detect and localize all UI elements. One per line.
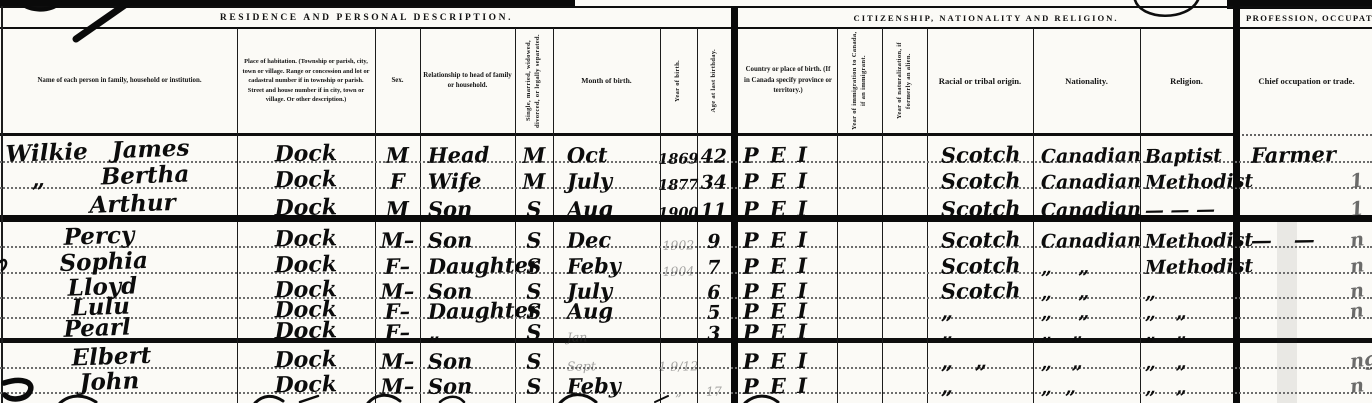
cell-nationality: Canadian — [1033, 192, 1148, 220]
cell-religion: „ „ — [1140, 322, 1238, 343]
header-naturalization-label: Year of naturalization, if formerly an a… — [896, 30, 914, 132]
cell-place: Dock — [237, 372, 375, 397]
cell-country: P E I — [739, 322, 841, 343]
census-row: ArthurDockMSonSAug190011P E IScotchCanad… — [0, 189, 1372, 215]
header-month-of-birth: Month of birth. — [553, 30, 660, 132]
header-place-label: Place of habitation. (Township or parish… — [240, 57, 372, 105]
census-form-scan: RESIDENCE AND PERSONAL DESCRIPTION. CITI… — [0, 0, 1372, 403]
cell-origin: „ — [927, 322, 1047, 343]
census-row: Wilkie JamesDockMHeadMOct186942P E IScot… — [0, 137, 1372, 163]
header-naturalization-year: Year of naturalization, if formerly an a… — [882, 30, 927, 132]
cell-sex: M — [375, 193, 420, 220]
header-name: Name of each person in family, household… — [2, 30, 237, 132]
census-row: „ BerthaDockFWifeMJuly187734P E IScotchC… — [0, 163, 1372, 189]
header-relationship: Relationship to head of family or househ… — [420, 30, 515, 132]
cell-nationality: „ „ — [1033, 322, 1148, 343]
header-bottom-border-dotted — [1233, 134, 1372, 136]
header-occupation: Chief occupation or trade. — [1241, 30, 1372, 132]
header-sex-label: Sex. — [391, 76, 403, 86]
cell-year: „ — [660, 373, 697, 397]
cell-marital: S — [515, 323, 553, 343]
header-sex: Sex. — [375, 30, 420, 132]
header-marital-status: Single, married, widowed, divorced, or l… — [515, 30, 553, 132]
cell-nationality: „ „ — [1033, 372, 1148, 397]
cell-sex: F– — [375, 323, 420, 343]
cell-relationship: Son — [420, 372, 523, 397]
header-immigration-label: Year of immigration to Canada, if an imm… — [851, 30, 869, 132]
cell-place: Dock — [237, 192, 375, 220]
header-age-label: Age at last birthday. — [710, 49, 719, 112]
cell-marital: S — [515, 193, 553, 220]
cell-origin: „ — [927, 372, 1047, 397]
census-row: LloydDockM–SonSJuly6P E IScotch„ „„n — [0, 274, 1372, 299]
header-country-of-birth: Country or place of birth. (If in Canada… — [739, 30, 837, 132]
section-band-border — [0, 27, 1372, 29]
census-row: PercyDockM–SonSDec19029P E IScotchCanadi… — [0, 222, 1372, 248]
clipped-edge-mark: n — [1349, 371, 1372, 398]
header-religion-label: Religion. — [1170, 75, 1203, 88]
header-racial-origin: Racial or tribal origin. — [927, 30, 1033, 132]
table-top-border — [0, 6, 1372, 8]
header-place: Place of habitation. (Township or parish… — [237, 30, 375, 132]
header-relationship-label: Relationship to head of family or househ… — [423, 71, 512, 92]
cell-origin: Scotch — [927, 192, 1047, 220]
header-nationality-label: Nationality. — [1065, 75, 1108, 88]
cell-year: 1900 — [660, 193, 697, 220]
cell-age: 3 — [697, 323, 731, 343]
header-month-label: Month of birth. — [581, 75, 631, 86]
census-row: PearlDockF–„SJan3P E I„„ „„ „ — [0, 319, 1372, 338]
section-title-profession: PROFESSION, OCCUPAT — [1246, 9, 1372, 27]
section-title-residence: RESIDENCE AND PERSONAL DESCRIPTION. — [2, 9, 731, 27]
cell-country: P E I — [739, 192, 841, 220]
cell-month: Jan — [553, 322, 674, 343]
cell-age: 11 — [697, 193, 731, 220]
header-year-label: Year of birth. — [674, 60, 683, 102]
cell-marital: S — [515, 373, 553, 397]
header-name-label: Name of each person in family, household… — [37, 76, 201, 86]
cell-month: Feby — [553, 372, 674, 397]
header-nationality: Nationality. — [1033, 30, 1140, 132]
clipped-edge-mark: 1 — [1348, 191, 1372, 221]
header-year-of-birth: Year of birth. — [660, 30, 697, 132]
census-row: SophiaDockF–DaughterSFeby19047P E IScotc… — [0, 248, 1372, 274]
census-row: ElbertDockM–SonSSept1 9/12P E I„ „„ „„ „… — [0, 343, 1372, 369]
header-religion: Religion. — [1140, 30, 1233, 132]
header-immigration-year: Year of immigration to Canada, if an imm… — [837, 30, 882, 132]
header-age: Age at last birthday. — [697, 30, 731, 132]
cell-religion: „ „ — [1140, 372, 1238, 397]
cell-relationship: Son — [420, 192, 523, 220]
header-country-label: Country or place of birth. (If in Canada… — [742, 65, 834, 96]
cell-sex: M– — [375, 373, 420, 397]
section-title-citizenship: CITIZENSHIP, NATIONALITY AND RELIGION. — [739, 9, 1233, 27]
cell-religion: — — — — [1140, 192, 1238, 220]
cell-country: P E I — [739, 372, 841, 397]
header-occupation-label: Chief occupation or trade. — [1258, 75, 1354, 88]
cell-age: 17 — [697, 373, 731, 397]
header-racial-origin-label: Racial or tribal origin. — [939, 75, 1021, 88]
cell-month: Aug — [553, 192, 674, 220]
census-row: JohnDockM–SonSFeby„17P E I„„ „„ „n — [0, 369, 1372, 394]
header-marital-label: Single, married, widowed, divorced, or l… — [525, 30, 543, 132]
cell-relationship: „ — [420, 322, 523, 343]
